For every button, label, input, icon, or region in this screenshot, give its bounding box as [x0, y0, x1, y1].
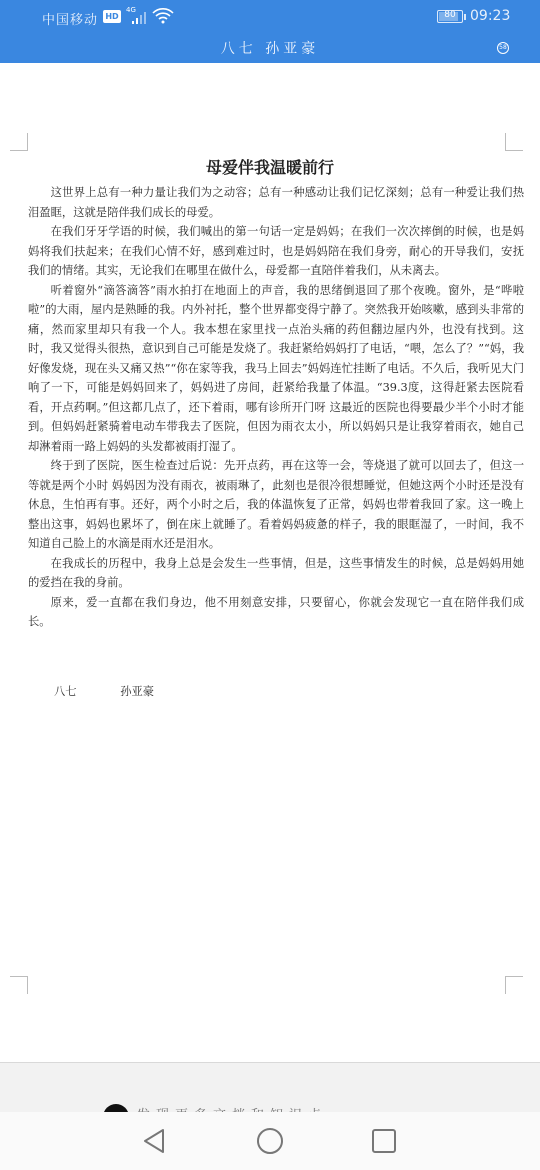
battery-icon: 80 — [437, 10, 463, 23]
paragraph: 原来，爱一直都在我们身边，他不用刻意安排，只要留心，你就会发现它一直在陪伴我们成… — [28, 593, 524, 632]
wifi-icon — [152, 8, 174, 24]
paragraph: 终于到了医院，医生检查过后说：先开点药，再在这等一会，等烧退了就可以回去了，但这… — [28, 456, 524, 554]
page-count-badge[interactable]: 58 — [497, 42, 509, 54]
signature-class: 八七 — [54, 685, 77, 698]
back-icon — [142, 1128, 166, 1154]
battery-tip — [464, 14, 466, 20]
status-time: 09:23 — [470, 8, 510, 24]
signal-strength-icon — [132, 12, 150, 24]
margin-corner-top-left — [10, 133, 28, 151]
home-button[interactable] — [256, 1127, 284, 1155]
home-icon — [256, 1127, 284, 1155]
paragraph: 在我成长的历程中，我身上总是会发生一些事情，但是，这些事情发生的时候，总是妈妈用… — [28, 554, 524, 593]
hd-voice-icon: HD — [103, 10, 121, 23]
recents-icon — [371, 1128, 397, 1154]
recents-button[interactable] — [370, 1127, 398, 1155]
back-button[interactable] — [140, 1127, 168, 1155]
paragraph: 听着窗外“滴答滴答”雨水拍打在地面上的声音，我的思绪倒退回了那个夜晚。窗外，是“… — [28, 281, 524, 457]
essay-title: 母爱伴我温暖前行 — [0, 155, 540, 178]
carrier-label: 中国移动 — [42, 9, 98, 28]
essay-body: 这世界上总有一种力量让我们为之动容；总有一种感动让我们记忆深刻；总有一种爱让我们… — [28, 183, 524, 632]
status-bar: 中国移动 HD 4G 80 09:23 — [0, 0, 540, 34]
top-bar: 中国移动 HD 4G 80 09:23 八七 孙亚豪 58 — [0, 0, 540, 63]
document-title: 八七 孙亚豪 — [0, 38, 540, 58]
margin-corner-bottom-left — [10, 976, 28, 994]
paragraph: 在我们牙牙学语的时候，我们喊出的第一句话一定是妈妈；在我们一次次摔倒的时候，也是… — [28, 222, 524, 281]
margin-corner-top-right — [505, 133, 523, 151]
system-nav-bar — [0, 1112, 540, 1170]
signature: 八七 孙亚豪 — [54, 683, 194, 699]
paragraph: 这世界上总有一种力量让我们为之动容；总有一种感动让我们记忆深刻；总有一种爱让我们… — [28, 183, 524, 222]
battery-level: 80 — [438, 10, 462, 20]
margin-corner-bottom-right — [505, 976, 523, 994]
document-page[interactable]: 母爱伴我温暖前行 这世界上总有一种力量让我们为之动容；总有一种感动让我们记忆深刻… — [0, 63, 540, 1063]
signature-author: 孙亚豪 — [120, 685, 154, 698]
